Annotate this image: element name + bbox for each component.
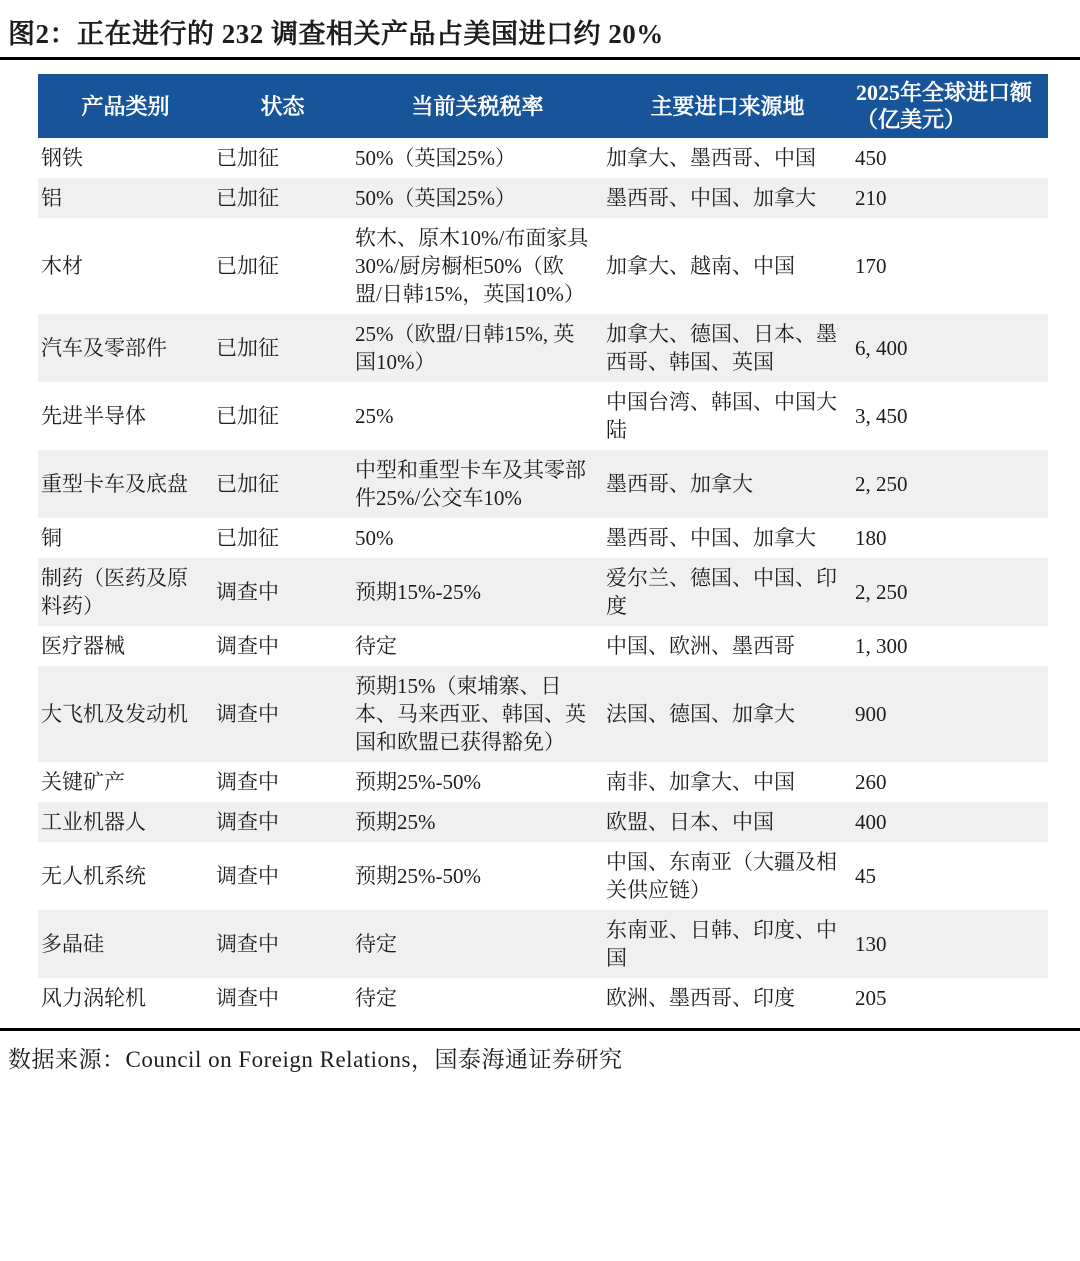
cell-tariff: 50% <box>352 518 603 558</box>
report-figure-page: 图2：正在进行的 232 调查相关产品占美国进口约 20% 产品类别状态当前关税… <box>0 0 1080 1074</box>
cell-source: 法国、德国、加拿大 <box>603 666 852 762</box>
cell-status: 调查中 <box>213 762 352 802</box>
table-row: 工业机器人调查中预期25%欧盟、日本、中国400 <box>38 802 1048 842</box>
table-row: 无人机系统调查中预期25%-50%中国、东南亚（大疆及相关供应链）45 <box>38 842 1048 910</box>
table-row: 风力涡轮机调查中待定欧洲、墨西哥、印度205 <box>38 978 1048 1018</box>
cell-product: 铝 <box>38 178 213 218</box>
cell-amount: 1, 300 <box>852 626 1048 666</box>
column-header-4: 2025年全球进口额（亿美元） <box>852 74 1048 138</box>
table-row: 木材已加征软木、原木10%/布面家具30%/厨房橱柜50%（欧盟/日韩15%，英… <box>38 218 1048 314</box>
figure-title: 图2：正在进行的 232 调查相关产品占美国进口约 20% <box>0 8 1080 57</box>
cell-product: 木材 <box>38 218 213 314</box>
cell-status: 已加征 <box>213 518 352 558</box>
cell-amount: 180 <box>852 518 1048 558</box>
cell-amount: 3, 450 <box>852 382 1048 450</box>
cell-tariff: 软木、原木10%/布面家具30%/厨房橱柜50%（欧盟/日韩15%，英国10%） <box>352 218 603 314</box>
data-source: 数据来源：Council on Foreign Relations，国泰海通证券… <box>0 1031 1080 1074</box>
cell-tariff: 待定 <box>352 626 603 666</box>
cell-tariff: 预期25% <box>352 802 603 842</box>
cell-tariff: 25%（欧盟/日韩15%, 英国10%） <box>352 314 603 382</box>
cell-product: 关键矿产 <box>38 762 213 802</box>
cell-source: 爱尔兰、德国、中国、印度 <box>603 558 852 626</box>
table-header-row: 产品类别状态当前关税税率主要进口来源地2025年全球进口额（亿美元） <box>38 74 1048 138</box>
cell-tariff: 预期15%（柬埔寨、日本、马来西亚、韩国、英国和欧盟已获得豁免） <box>352 666 603 762</box>
cell-product: 先进半导体 <box>38 382 213 450</box>
cell-amount: 400 <box>852 802 1048 842</box>
cell-status: 已加征 <box>213 314 352 382</box>
cell-source: 加拿大、德国、日本、墨西哥、韩国、英国 <box>603 314 852 382</box>
table-row: 关键矿产调查中预期25%-50%南非、加拿大、中国260 <box>38 762 1048 802</box>
cell-status: 调查中 <box>213 978 352 1018</box>
table-row: 汽车及零部件已加征25%（欧盟/日韩15%, 英国10%）加拿大、德国、日本、墨… <box>38 314 1048 382</box>
cell-status: 调查中 <box>213 802 352 842</box>
cell-tariff: 50%（英国25%） <box>352 138 603 178</box>
cell-product: 制药（医药及原料药） <box>38 558 213 626</box>
cell-tariff: 预期15%-25% <box>352 558 603 626</box>
cell-source: 墨西哥、加拿大 <box>603 450 852 518</box>
cell-source: 加拿大、墨西哥、中国 <box>603 138 852 178</box>
table-row: 钢铁已加征50%（英国25%）加拿大、墨西哥、中国450 <box>38 138 1048 178</box>
cell-tariff: 25% <box>352 382 603 450</box>
cell-product: 无人机系统 <box>38 842 213 910</box>
cell-source: 中国台湾、韩国、中国大陆 <box>603 382 852 450</box>
cell-product: 钢铁 <box>38 138 213 178</box>
cell-amount: 6, 400 <box>852 314 1048 382</box>
table-row: 大飞机及发动机调查中预期15%（柬埔寨、日本、马来西亚、韩国、英国和欧盟已获得豁… <box>38 666 1048 762</box>
table-row: 医疗器械调查中待定中国、欧洲、墨西哥1, 300 <box>38 626 1048 666</box>
cell-tariff: 预期25%-50% <box>352 842 603 910</box>
cell-status: 已加征 <box>213 382 352 450</box>
cell-tariff: 待定 <box>352 978 603 1018</box>
cell-amount: 130 <box>852 910 1048 978</box>
cell-source: 墨西哥、中国、加拿大 <box>603 518 852 558</box>
cell-product: 多晶硅 <box>38 910 213 978</box>
cell-source: 南非、加拿大、中国 <box>603 762 852 802</box>
table-body: 钢铁已加征50%（英国25%）加拿大、墨西哥、中国450铝已加征50%（英国25… <box>38 138 1048 1018</box>
cell-amount: 900 <box>852 666 1048 762</box>
column-header-0: 产品类别 <box>38 74 213 138</box>
table-row: 铝已加征50%（英国25%）墨西哥、中国、加拿大210 <box>38 178 1048 218</box>
column-header-2: 当前关税税率 <box>352 74 603 138</box>
column-header-3: 主要进口来源地 <box>603 74 852 138</box>
cell-amount: 205 <box>852 978 1048 1018</box>
cell-status: 已加征 <box>213 218 352 314</box>
table-row: 多晶硅调查中待定东南亚、日韩、印度、中国130 <box>38 910 1048 978</box>
cell-product: 风力涡轮机 <box>38 978 213 1018</box>
table-header: 产品类别状态当前关税税率主要进口来源地2025年全球进口额（亿美元） <box>38 74 1048 138</box>
cell-status: 已加征 <box>213 450 352 518</box>
cell-tariff: 中型和重型卡车及其零部件25%/公交车10% <box>352 450 603 518</box>
table-row: 先进半导体已加征25%中国台湾、韩国、中国大陆3, 450 <box>38 382 1048 450</box>
cell-source: 中国、欧洲、墨西哥 <box>603 626 852 666</box>
cell-amount: 450 <box>852 138 1048 178</box>
cell-product: 铜 <box>38 518 213 558</box>
table-row: 铜已加征50%墨西哥、中国、加拿大180 <box>38 518 1048 558</box>
cell-amount: 170 <box>852 218 1048 314</box>
cell-status: 已加征 <box>213 138 352 178</box>
table-row: 制药（医药及原料药）调查中预期15%-25%爱尔兰、德国、中国、印度2, 250 <box>38 558 1048 626</box>
cell-tariff: 50%（英国25%） <box>352 178 603 218</box>
cell-product: 大飞机及发动机 <box>38 666 213 762</box>
cell-source: 加拿大、越南、中国 <box>603 218 852 314</box>
cell-source: 欧洲、墨西哥、印度 <box>603 978 852 1018</box>
table-row: 重型卡车及底盘已加征中型和重型卡车及其零部件25%/公交车10%墨西哥、加拿大2… <box>38 450 1048 518</box>
cell-product: 重型卡车及底盘 <box>38 450 213 518</box>
cell-product: 医疗器械 <box>38 626 213 666</box>
cell-product: 汽车及零部件 <box>38 314 213 382</box>
cell-status: 调查中 <box>213 666 352 762</box>
cell-product: 工业机器人 <box>38 802 213 842</box>
cell-amount: 2, 250 <box>852 450 1048 518</box>
cell-source: 欧盟、日本、中国 <box>603 802 852 842</box>
cell-tariff: 预期25%-50% <box>352 762 603 802</box>
cell-status: 调查中 <box>213 558 352 626</box>
cell-amount: 45 <box>852 842 1048 910</box>
cell-amount: 260 <box>852 762 1048 802</box>
cell-status: 调查中 <box>213 842 352 910</box>
section-232-tariff-table: 产品类别状态当前关税税率主要进口来源地2025年全球进口额（亿美元） 钢铁已加征… <box>38 74 1048 1018</box>
cell-amount: 2, 250 <box>852 558 1048 626</box>
cell-source: 中国、东南亚（大疆及相关供应链） <box>603 842 852 910</box>
cell-status: 已加征 <box>213 178 352 218</box>
title-divider <box>0 57 1080 60</box>
cell-status: 调查中 <box>213 910 352 978</box>
cell-source: 东南亚、日韩、印度、中国 <box>603 910 852 978</box>
column-header-1: 状态 <box>213 74 352 138</box>
cell-source: 墨西哥、中国、加拿大 <box>603 178 852 218</box>
cell-status: 调查中 <box>213 626 352 666</box>
cell-amount: 210 <box>852 178 1048 218</box>
cell-tariff: 待定 <box>352 910 603 978</box>
